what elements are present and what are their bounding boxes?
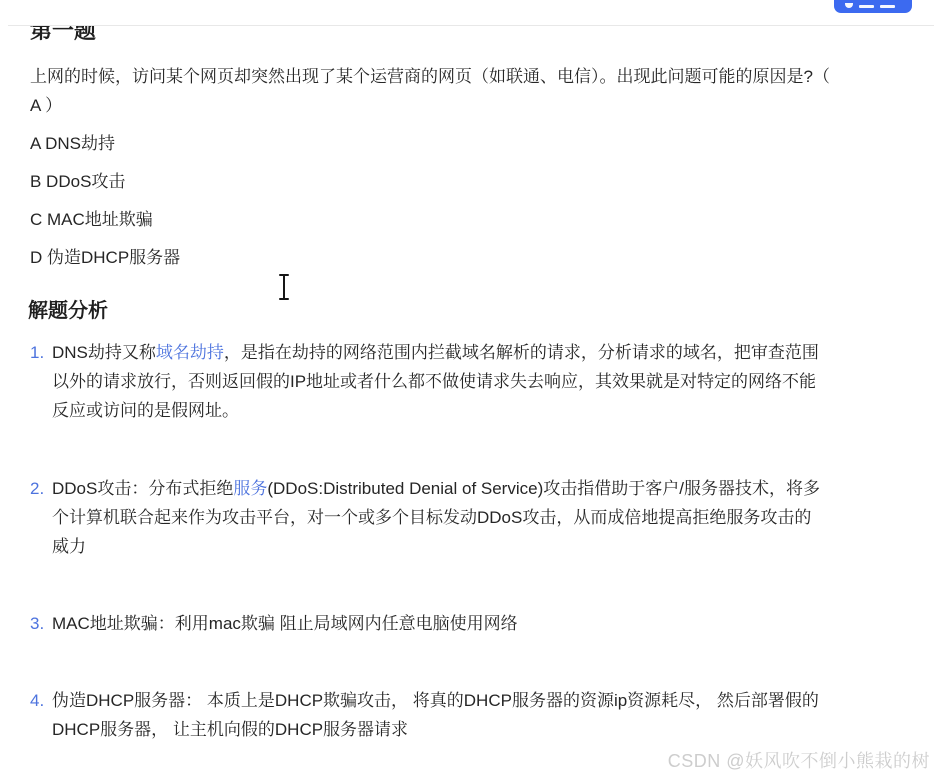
question-text: 上网的时候，访问某个网页却突然出现了某个运营商的网页（如联通、电信）。出现此问题… (30, 62, 832, 120)
article-page: 第一题 上网的时候，访问某个网页却突然出现了某个运营商的网页（如联通、电信）。出… (0, 0, 934, 779)
csdn-watermark: CSDN @妖风吹不倒小熊栽的树 (668, 747, 930, 773)
analysis-item-3-text: MAC地址欺骗：利用mac欺骗 阻止局域网内任意电脑使用网络 (52, 609, 828, 638)
option-a: A DNS劫持 (30, 134, 115, 154)
text-segment: DNS劫持又称 (52, 343, 156, 362)
analysis-item-3: 3. MAC地址欺骗：利用mac欺骗 阻止局域网内任意电脑使用网络 (30, 609, 830, 638)
button-glyph-partial (880, 5, 895, 8)
option-c: C MAC地址欺骗 (30, 210, 153, 230)
partial-action-button[interactable] (834, 0, 912, 13)
analysis-heading: 解题分析 (28, 297, 108, 325)
option-d: D 伪造DHCP服务器 (30, 248, 180, 268)
analysis-item-4-text: 伪造DHCP服务器： 本质上是DHCP欺骗攻击， 将真的DHCP服务器的资源ip… (52, 686, 828, 744)
text-segment: MAC地址欺骗：利用mac欺骗 阻止局域网内任意电脑使用网络 (52, 614, 518, 633)
analysis-item-4: 4. 伪造DHCP服务器： 本质上是DHCP欺骗攻击， 将真的DHCP服务器的资… (30, 686, 830, 744)
list-number-2: 2. (30, 474, 44, 503)
text-segment: DDoS攻击：分布式拒绝 (52, 479, 233, 498)
analysis-item-2-text: DDoS攻击：分布式拒绝服务(DDoS:Distributed Denial o… (52, 474, 828, 561)
analysis-item-2: 2. DDoS攻击：分布式拒绝服务(DDoS:Distributed Denia… (30, 474, 830, 561)
text-cursor-icon (278, 274, 290, 300)
inline-link-service[interactable]: 服务 (233, 479, 267, 498)
button-icon-partial (845, 3, 853, 8)
analysis-item-1: 1. DNS劫持又称域名劫持，是指在劫持的网络范围内拦截域名解析的请求，分析请求… (30, 338, 830, 425)
question-title-clip: 第一题 (30, 26, 430, 47)
list-number-1: 1. (30, 338, 44, 367)
button-glyph-partial (859, 5, 874, 8)
analysis-item-1-text: DNS劫持又称域名劫持，是指在劫持的网络范围内拦截域名解析的请求，分析请求的域名… (52, 338, 828, 425)
list-number-4: 4. (30, 686, 44, 715)
inline-link-domain-hijack[interactable]: 域名劫持 (156, 343, 224, 362)
list-number-3: 3. (30, 609, 44, 638)
question-title: 第一题 (30, 26, 430, 46)
text-segment: 伪造DHCP服务器： 本质上是DHCP欺骗攻击， 将真的DHCP服务器的资源ip… (52, 691, 819, 739)
option-b: B DDoS攻击 (30, 172, 125, 192)
